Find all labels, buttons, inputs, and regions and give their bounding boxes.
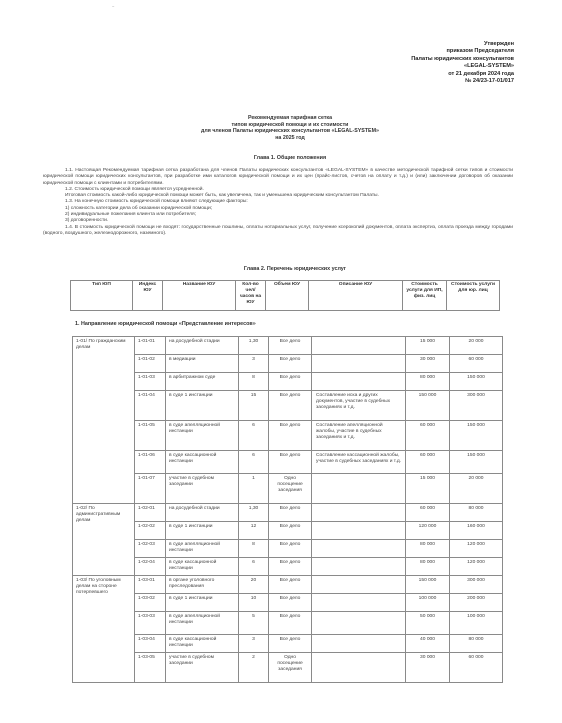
cell-volume: Все дело (269, 612, 312, 635)
cell-price-legal: 80 000 (450, 635, 503, 653)
column-header-type: Тип ЮП (71, 281, 133, 311)
cell-index: 1-01-07 (135, 474, 166, 504)
table-row: 1-03-05участие в судебном заседании2Одно… (73, 653, 503, 683)
cell-volume: Одно посещение заседания (269, 653, 312, 683)
cell-index: 1-02-03 (135, 540, 166, 558)
cell-name: в органе уголовного преследования (166, 576, 239, 594)
cell-volume: Все дело (269, 522, 312, 540)
cell-description (312, 653, 406, 683)
approval-line: Палаты юридических консультантов (314, 56, 514, 63)
table-row: 1-03-03в суде апелляционной инстанции5Вс… (73, 612, 503, 635)
cell-price-legal: 160 000 (450, 522, 503, 540)
cell-index: 1-02-01 (135, 504, 166, 522)
cell-description (312, 558, 406, 576)
table-row: 1-01-06в суде кассационной инстанции6Все… (73, 451, 503, 474)
column-header-price-individual: Стоимость услуги для ИП, физ. лиц (403, 281, 447, 311)
column-header-description: Описание ЮУ (309, 281, 403, 311)
title-line: на 2025 год (150, 135, 430, 142)
cell-name: в суде апелляционной инстанции (166, 540, 239, 558)
cell-price-legal: 200 000 (450, 594, 503, 612)
section-title: 1. Направление юридической помощи «Предс… (75, 321, 256, 327)
title-line: Рекомендуемая тарифная сетка (150, 115, 430, 122)
cell-name: в арбитражном суде (166, 373, 239, 391)
column-header-hours: Кол-во чел/ часов на ЮУ (236, 281, 266, 311)
cell-name: в медиации (166, 355, 239, 373)
cell-hours: 2 (239, 653, 269, 683)
cell-price-individual: 30 000 (406, 653, 450, 683)
approval-line: «LEGAL-SYSTEM» (314, 63, 514, 70)
cell-price-individual: 150 000 (406, 391, 450, 421)
cell-price-legal: 150 000 (450, 373, 503, 391)
column-header-index: Индекс ЮУ (133, 281, 163, 311)
cell-price-individual: 60 000 (406, 451, 450, 474)
cell-price-legal: 80 000 (450, 504, 503, 522)
cell-price-legal: 20 000 (450, 474, 503, 504)
cell-description (312, 635, 406, 653)
approval-line: приказом Председателя (314, 48, 514, 55)
cell-price-individual: 80 000 (406, 540, 450, 558)
table-row: 1-01-02в медиации3Все дело30 00060 000 (73, 355, 503, 373)
approval-line: № 24/23-17-01/017 (314, 78, 514, 85)
column-header-volume: Объем ЮУ (266, 281, 309, 311)
cell-description: Составление иска и других документов, уч… (312, 391, 406, 421)
paragraph-1-4: 1.4. В стоимость юридической помощи не в… (43, 225, 513, 238)
cell-hours: 1,30 (239, 504, 269, 522)
cell-description (312, 355, 406, 373)
cell-price-legal: 60 000 (450, 653, 503, 683)
cell-name: участие в судебном заседании (166, 474, 239, 504)
table-row: 1-02/ По административным делам1-02-01на… (73, 504, 503, 522)
cell-volume: Все дело (269, 594, 312, 612)
cell-hours: 20 (239, 576, 269, 594)
chapter1-body: 1.1. Настоящая Рекомендуемая тарифная се… (43, 168, 513, 237)
table-row: 1-01-04в суде 1 инстанции15Все делоСоста… (73, 391, 503, 421)
cell-volume: Все дело (269, 373, 312, 391)
column-header-price-legal: Стоимость услуги для юр. лиц (447, 281, 500, 311)
cell-name: в суде кассационной инстанции (166, 558, 239, 576)
cell-hours: 6 (239, 558, 269, 576)
cell-index: 1-01-02 (135, 355, 166, 373)
cell-price-individual: 150 000 (406, 576, 450, 594)
chapter1-heading: Глава 1. Общие положения (190, 155, 390, 161)
cell-hours: 8 (239, 540, 269, 558)
cell-index: 1-01-04 (135, 391, 166, 421)
paragraph-1-1: 1.1. Настоящая Рекомендуемая тарифная се… (43, 168, 513, 187)
cell-price-individual: 15 000 (406, 337, 450, 355)
cell-service-type: 1-02/ По административным делам (73, 504, 135, 576)
cell-description (312, 612, 406, 635)
table-row: 1-01/ По гражданским делам1-01-01на досу… (73, 337, 503, 355)
cell-price-legal: 120 000 (450, 540, 503, 558)
cell-price-legal: 150 000 (450, 451, 503, 474)
cell-price-legal: 300 000 (450, 576, 503, 594)
cell-price-individual: 80 000 (406, 558, 450, 576)
cell-price-individual: 50 000 (406, 612, 450, 635)
cell-index: 1-02-02 (135, 522, 166, 540)
cell-description (312, 576, 406, 594)
approval-block: Утвержден приказом Председателя Палаты ю… (314, 41, 514, 85)
services-table: 1-01/ По гражданским делам1-01-01на досу… (72, 336, 503, 683)
cell-name: в суде 1 инстанции (166, 594, 239, 612)
cell-price-individual: 60 000 (406, 504, 450, 522)
cell-name: участие в судебном заседании (166, 653, 239, 683)
cell-volume: Все дело (269, 540, 312, 558)
table-row: 1-02-04в суде кассационной инстанции6Все… (73, 558, 503, 576)
cell-price-legal: 20 000 (450, 337, 503, 355)
cell-description (312, 474, 406, 504)
cell-volume: Все дело (269, 504, 312, 522)
cell-name: в суде кассационной инстанции (166, 635, 239, 653)
cell-price-individual: 100 000 (406, 594, 450, 612)
cell-hours: 6 (239, 421, 269, 451)
column-header-name: Название ЮУ (163, 281, 236, 311)
cell-volume: Все дело (269, 635, 312, 653)
cell-price-individual: 60 000 (406, 421, 450, 451)
approval-line: Утвержден (314, 41, 514, 48)
cell-description (312, 337, 406, 355)
approval-line: от 21 декабря 2024 года (314, 71, 514, 78)
cell-name: в суде кассационной инстанции (166, 451, 239, 474)
cell-index: 1-02-04 (135, 558, 166, 576)
cell-hours: 1,30 (239, 337, 269, 355)
cell-price-individual: 80 000 (406, 373, 450, 391)
chapter2-heading: Глава 2. Перечень юридических услуг (190, 266, 400, 272)
cell-service-type: 1-01/ По гражданским делам (73, 337, 135, 504)
cell-price-legal: 60 000 (450, 355, 503, 373)
cell-hours: 15 (239, 391, 269, 421)
title-line: для членов Палаты юридических консультан… (150, 128, 430, 135)
table-row: 1-03-02в суде 1 инстанции10Все дело100 0… (73, 594, 503, 612)
table-row: 1-02-02в суде 1 инстанции12Все дело120 0… (73, 522, 503, 540)
cell-index: 1-03-05 (135, 653, 166, 683)
cell-price-individual: 40 000 (406, 635, 450, 653)
cell-name: в суде 1 инстанции (166, 522, 239, 540)
cell-index: 1-01-06 (135, 451, 166, 474)
cell-index: 1-03-02 (135, 594, 166, 612)
cell-hours: 3 (239, 635, 269, 653)
cell-price-individual: 15 000 (406, 474, 450, 504)
cell-index: 1-01-01 (135, 337, 166, 355)
cell-price-legal: 120 000 (450, 558, 503, 576)
services-header-table: Тип ЮП Индекс ЮУ Название ЮУ Кол-во чел/… (70, 280, 500, 311)
table-row: 1-03-04в суде кассационной инстанции3Все… (73, 635, 503, 653)
cell-index: 1-01-05 (135, 421, 166, 451)
cell-description: Составление апелляционной жалобы, участи… (312, 421, 406, 451)
cell-volume: Все дело (269, 576, 312, 594)
cell-price-individual: 120 000 (406, 522, 450, 540)
cell-volume: Все дело (269, 451, 312, 474)
cell-hours: 6 (239, 451, 269, 474)
cell-description (312, 373, 406, 391)
cell-name: на досудебной стадии (166, 504, 239, 522)
cell-description: Составление кассационной жалобы, участие… (312, 451, 406, 474)
cell-index: 1-03-04 (135, 635, 166, 653)
scan-mark: ~ (112, 4, 114, 9)
cell-hours: 10 (239, 594, 269, 612)
cell-service-type: 1-03/ По уголовным делам на стороне поте… (73, 576, 135, 683)
cell-price-legal: 100 000 (450, 612, 503, 635)
cell-description (312, 540, 406, 558)
title-line: типов юридической помощи и их стоимости (150, 122, 430, 129)
table-row: 1-01-07участие в судебном заседании1Одно… (73, 474, 503, 504)
cell-name: на досудебной стадии (166, 337, 239, 355)
cell-name: в суде апелляционной инстанции (166, 421, 239, 451)
cell-hours: 5 (239, 612, 269, 635)
table-row: 1-03/ По уголовным делам на стороне поте… (73, 576, 503, 594)
cell-name: в суде 1 инстанции (166, 391, 239, 421)
table-row: 1-02-03в суде апелляционной инстанции8Вс… (73, 540, 503, 558)
cell-index: 1-01-03 (135, 373, 166, 391)
table-row: 1-01-05в суде апелляционной инстанции6Вс… (73, 421, 503, 451)
cell-hours: 1 (239, 474, 269, 504)
cell-index: 1-03-03 (135, 612, 166, 635)
cell-volume: Все дело (269, 421, 312, 451)
document-title: Рекомендуемая тарифная сетка типов юриди… (150, 115, 430, 141)
cell-volume: Все дело (269, 391, 312, 421)
cell-volume: Все дело (269, 558, 312, 576)
cell-hours: 8 (239, 373, 269, 391)
cell-index: 1-03-01 (135, 576, 166, 594)
cell-price-legal: 300 000 (450, 391, 503, 421)
cell-volume: Все дело (269, 337, 312, 355)
cell-hours: 12 (239, 522, 269, 540)
cell-volume: Одно посещение заседания (269, 474, 312, 504)
cell-price-individual: 30 000 (406, 355, 450, 373)
cell-description (312, 504, 406, 522)
cell-description (312, 594, 406, 612)
table-row: 1-01-03в арбитражном суде8Все дело80 000… (73, 373, 503, 391)
cell-price-legal: 150 000 (450, 421, 503, 451)
cell-description (312, 522, 406, 540)
cell-name: в суде апелляционной инстанции (166, 612, 239, 635)
cell-volume: Все дело (269, 355, 312, 373)
cell-hours: 3 (239, 355, 269, 373)
